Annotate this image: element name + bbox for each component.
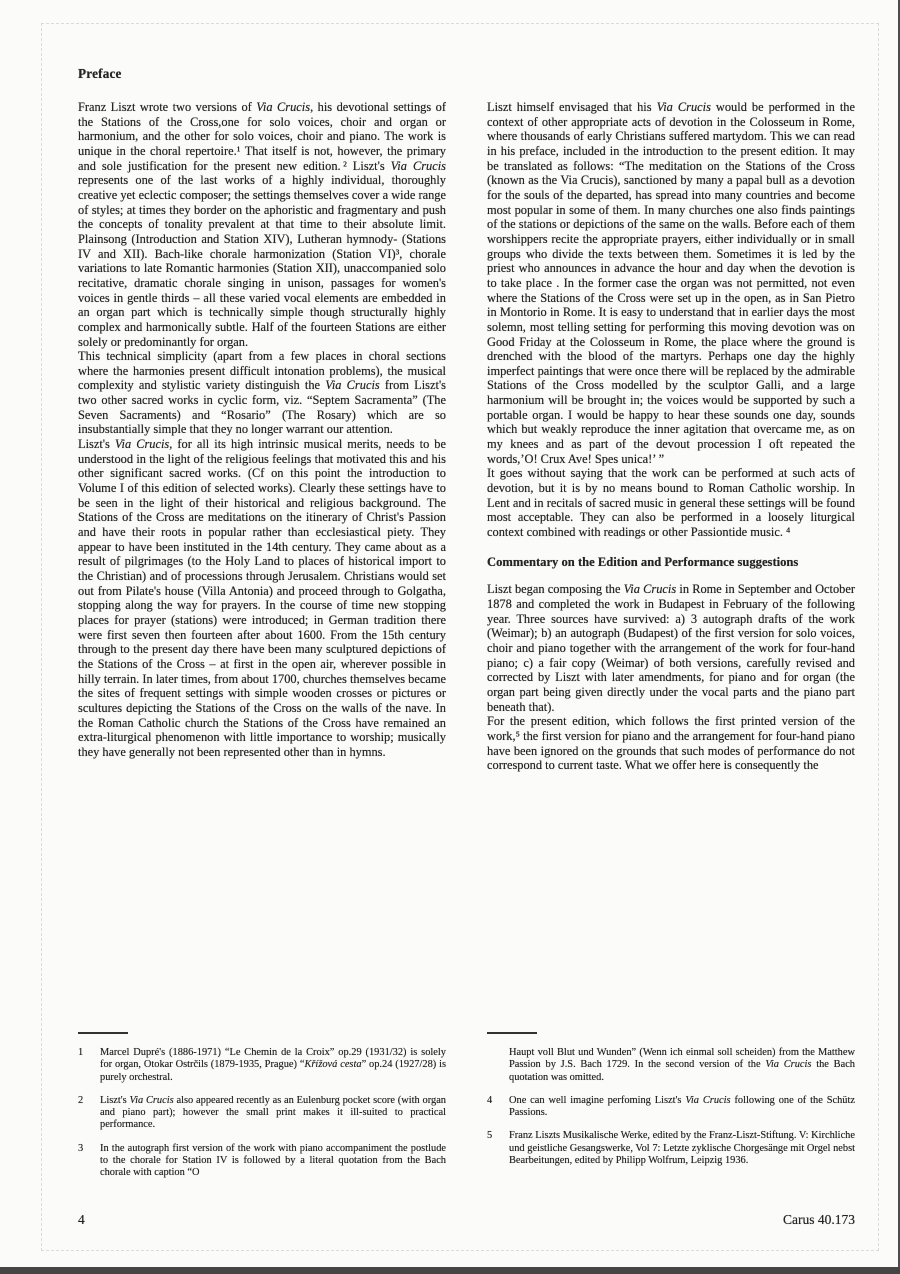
footnote-3: 3 In the autograph first version of the … [78,1143,446,1180]
footnote-5: 5 Franz Liszts Musikalische Werke, edite… [487,1130,855,1167]
preface-paragraph-1: Franz Liszt wrote two versions of Via Cr… [78,100,446,349]
footnote-text: Liszt's Via Crucis also appeared recentl… [100,1095,446,1132]
footnotes-right-column: Haupt voll Blut und Wunden” (Wenn ich ei… [487,1032,855,1191]
footnote-1: 1 Marcel Dupré's (1886-1971) “Le Chemin … [78,1047,446,1084]
footnote-number: 4 [487,1095,509,1120]
footnote-text: Marcel Dupré's (1886-1971) “Le Chemin de… [100,1047,446,1084]
footnote-3-continuation: Haupt voll Blut und Wunden” (Wenn ich ei… [487,1047,855,1084]
footnotes-left-column: 1 Marcel Dupré's (1886-1971) “Le Chemin … [78,1032,446,1191]
page-content: Preface Franz Liszt wrote two versions o… [78,66,856,773]
scan-edge-bar [0,1267,900,1274]
footnote-text: One can well imagine perfoming Liszt's V… [509,1095,855,1120]
page-number: 4 [78,1212,85,1228]
footnote-separator-rule [78,1032,128,1034]
footnote-number: 2 [78,1095,100,1132]
footnote-number: 3 [78,1143,100,1180]
footnote-text: In the autograph first version of the wo… [100,1143,446,1180]
right-column: Liszt himself envisaged that his Via Cru… [487,100,855,773]
footnote-text: Franz Liszts Musikalische Werke, edited … [509,1130,855,1167]
preface-paragraph-3: Liszt's Via Crucis, for all its high int… [78,437,446,759]
left-column: Franz Liszt wrote two versions of Via Cr… [78,100,446,773]
commentary-section-heading: Commentary on the Edition and Performanc… [487,555,855,570]
page-title: Preface [78,66,856,82]
footnote-separator-rule [487,1032,537,1034]
preface-paragraph-4: Liszt himself envisaged that his Via Cru… [487,100,855,466]
footnote-2: 2 Liszt's Via Crucis also appeared recen… [78,1095,446,1132]
page-footer: 4 Carus 40.173 [78,1212,855,1228]
two-column-body: Franz Liszt wrote two versions of Via Cr… [78,100,856,773]
commentary-paragraph-1: Liszt began composing the Via Crucis in … [487,582,855,714]
preface-paragraph-2: This technical simplicity (apart from a … [78,349,446,437]
footnote-number: 1 [78,1047,100,1084]
footnotes-area: 1 Marcel Dupré's (1886-1971) “Le Chemin … [78,1032,856,1191]
preface-paragraph-5: It goes without saying that the work can… [487,466,855,539]
footnote-4: 4 One can well imagine perfoming Liszt's… [487,1095,855,1120]
footnote-number: 5 [487,1130,509,1167]
catalog-number: Carus 40.173 [783,1212,855,1228]
footnote-text: Haupt voll Blut und Wunden” (Wenn ich ei… [509,1047,855,1084]
footnote-number [487,1047,509,1084]
commentary-paragraph-2: For the present edition, which follows t… [487,714,855,773]
